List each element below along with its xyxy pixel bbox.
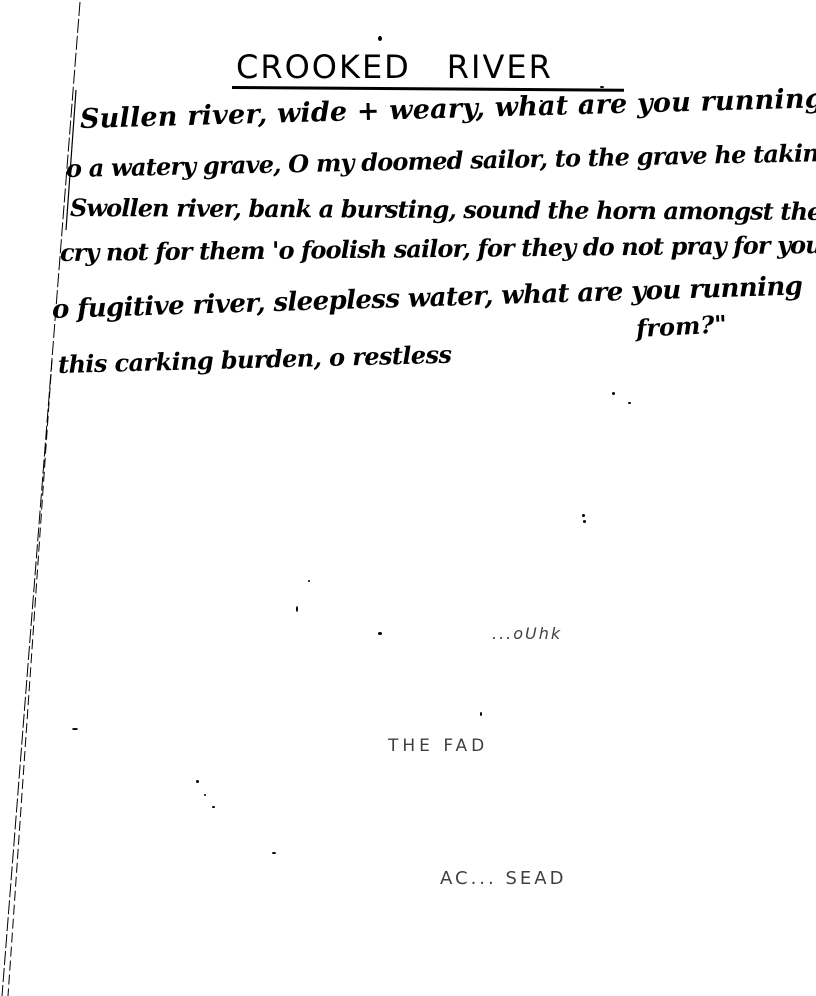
poem-line-6: this carking burden, o restless — [58, 340, 452, 379]
poem-title: CROOKEDRIVER — [236, 48, 553, 86]
poem-line-5-continuation: from?" — [635, 309, 727, 343]
title-word-river: RIVER — [447, 48, 553, 86]
faint-bleedthrough-mark-3: AC... SEAD — [440, 868, 566, 889]
poem-line-3: Swollen river, bank a bursting, sound th… — [70, 193, 816, 226]
title-word-crooked: CROOKED — [236, 48, 411, 86]
scanned-page: CROOKEDRIVER Sullen river, wide + weary,… — [0, 0, 816, 996]
faint-bleedthrough-mark-1: ...oUhk — [492, 624, 562, 643]
poem-line-2: o a watery grave, O my doomed sailor, to… — [66, 137, 816, 183]
faint-bleedthrough-mark-2: THE FAD — [388, 736, 488, 756]
poem-line-4: cry not for them 'o foolish sailor, for … — [60, 230, 816, 267]
